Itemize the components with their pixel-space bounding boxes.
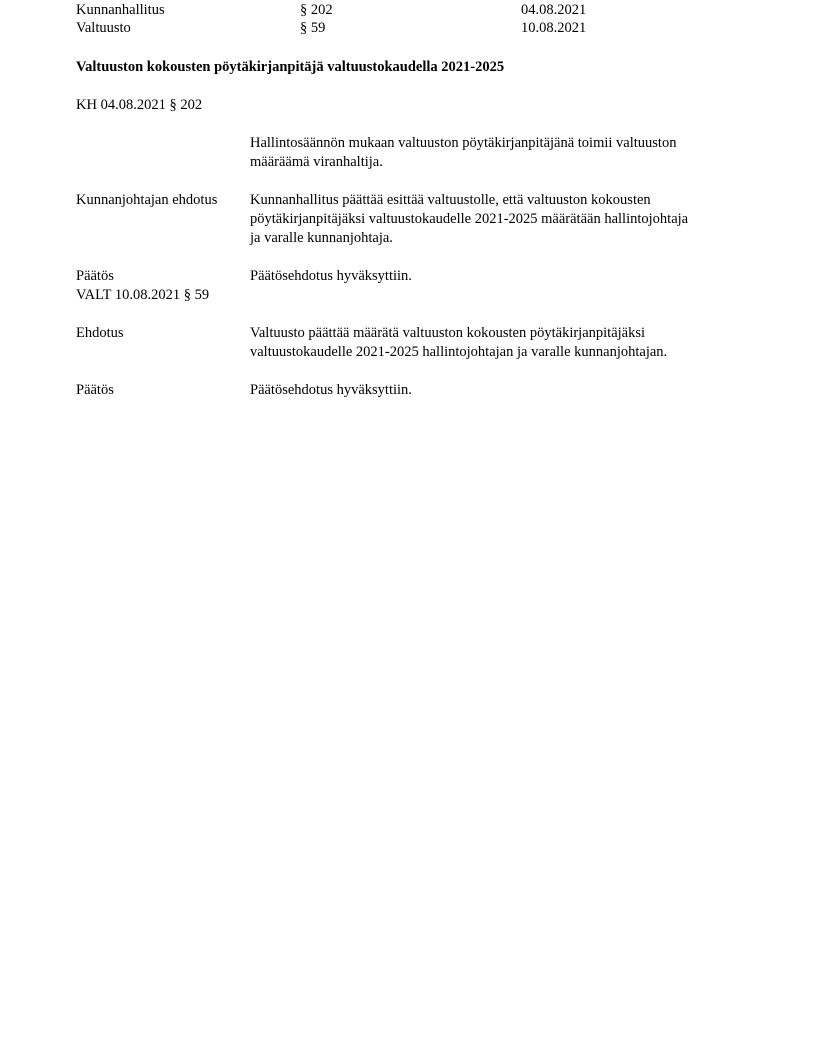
handling-section: § 59 [300,19,325,38]
kh-intro-line: määräämä viranhaltija. [250,153,676,172]
kh-proposal-line: pöytäkirjanpitäjäksi valtuustokaudelle 2… [250,210,688,229]
valt-decision-label: Päätös [76,381,114,400]
handling-date: 04.08.2021 [521,1,586,20]
kh-heading: KH 04.08.2021 § 202 [76,96,202,115]
valt-proposal-line: valtuustokaudelle 2021-2025 hallintojoht… [250,343,667,362]
kh-intro: Hallintosäännön mukaan valtuuston pöytäk… [250,134,676,172]
kh-proposal-label: Kunnanjohtajan ehdotus [76,191,217,210]
document-title: Valtuuston kokousten pöytäkirjanpitäjä v… [76,58,504,77]
handling-body: Valtuusto [76,19,131,38]
kh-proposal-text: Kunnanhallitus päättää esittää valtuusto… [250,191,688,248]
handling-section: § 202 [300,1,333,20]
valt-proposal-label: Ehdotus [76,324,124,343]
valt-proposal-text: Valtuusto päättää määrätä valtuuston kok… [250,324,667,362]
valt-proposal-line: Valtuusto päättää määrätä valtuuston kok… [250,324,667,343]
handling-body: Kunnanhallitus [76,1,165,20]
valt-decision-text: Päätösehdotus hyväksyttiin. [250,381,412,400]
handling-date: 10.08.2021 [521,19,586,38]
kh-decision-label: Päätös [76,267,114,286]
kh-intro-line: Hallintosäännön mukaan valtuuston pöytäk… [250,134,676,153]
valt-heading: VALT 10.08.2021 § 59 [76,286,209,305]
kh-proposal-line: Kunnanhallitus päättää esittää valtuusto… [250,191,688,210]
kh-proposal-line: ja varalle kunnanjohtaja. [250,229,688,248]
kh-decision-text: Päätösehdotus hyväksyttiin. [250,267,412,286]
